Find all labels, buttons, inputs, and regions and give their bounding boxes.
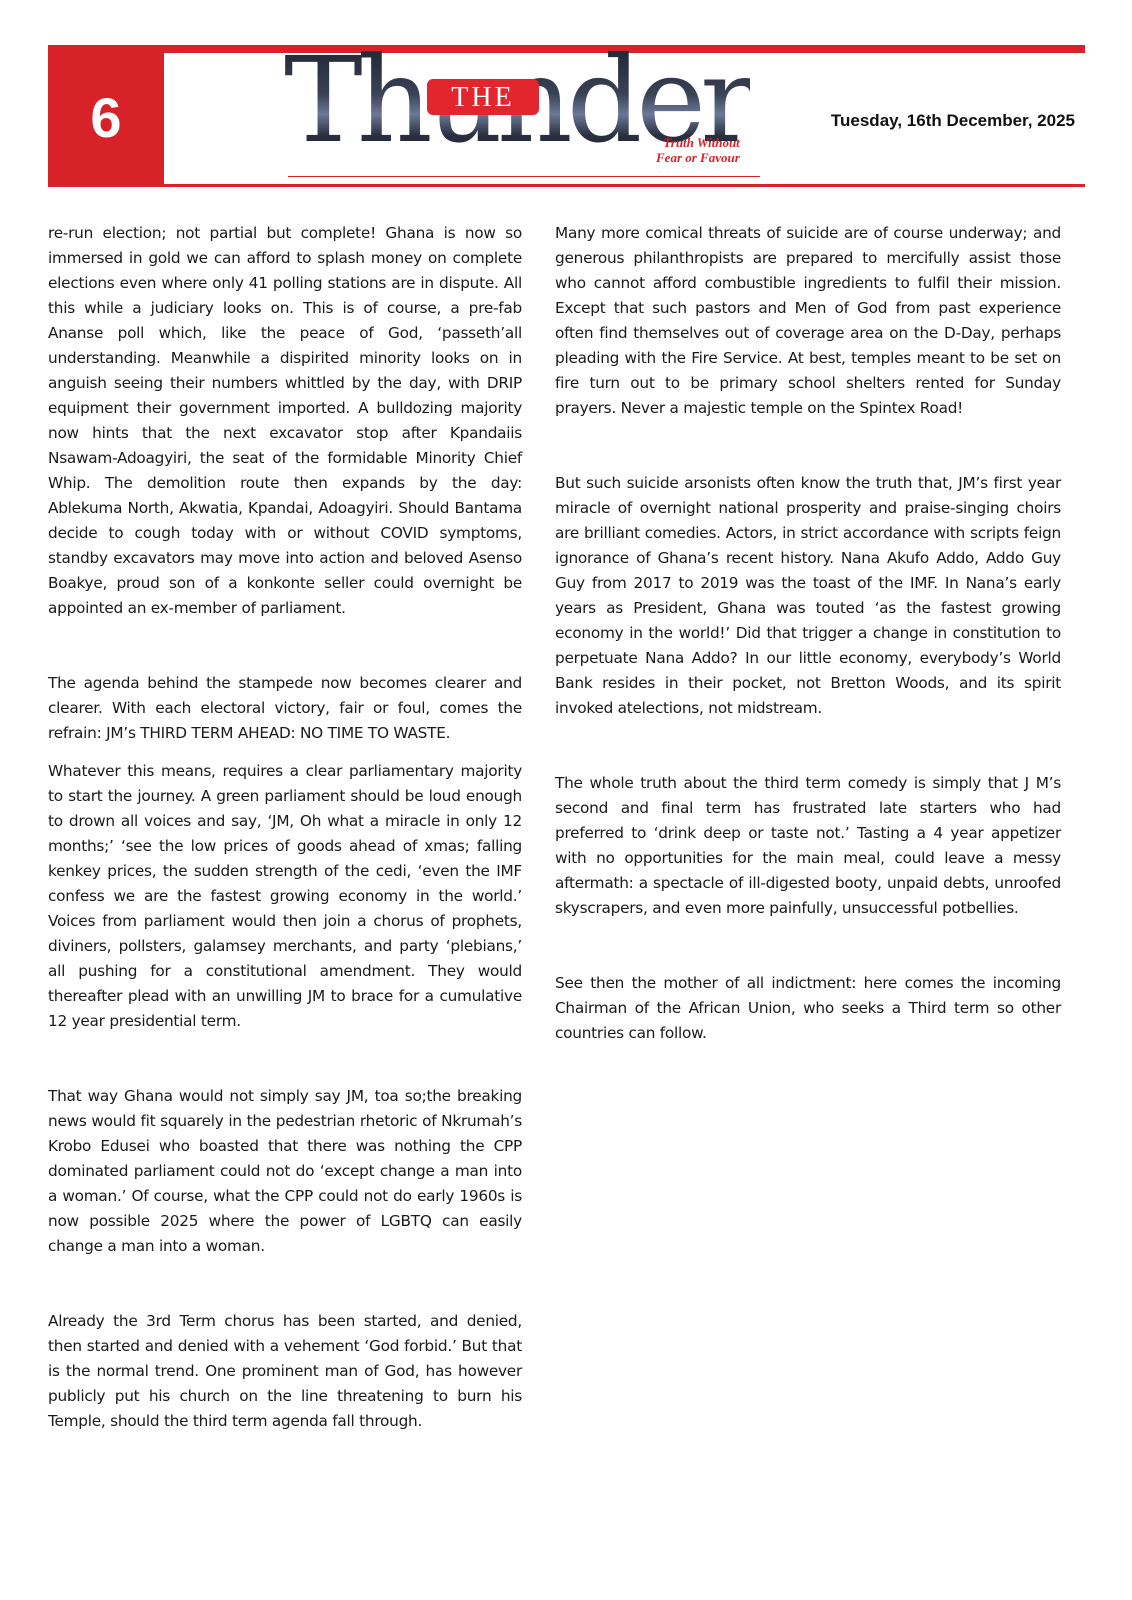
article-paragraph: Many more comical threats of suicide are…: [555, 221, 1061, 421]
logo-tagline: Truth Without Fear or Favour: [656, 135, 740, 165]
tagline-line-2: Fear or Favour: [656, 150, 740, 165]
article-paragraph: The whole truth about the third term com…: [555, 771, 1061, 921]
article-paragraph: Whatever this means, requires a clear pa…: [48, 759, 522, 1034]
article-column-right: Many more comical threats of suicide are…: [555, 221, 1061, 1046]
logo-underline: [288, 176, 760, 177]
article-paragraph: That way Ghana would not simply say JM, …: [48, 1084, 522, 1259]
tagline-line-1: Truth Without: [656, 135, 740, 150]
article-paragraph: The agenda behind the stampede now becom…: [48, 671, 522, 746]
masthead: 6 Thunder THE Truth Without Fear or Favo…: [48, 45, 1085, 189]
article-column-left: re-run election; not partial but complet…: [48, 221, 522, 1434]
masthead-bottom-rule: [48, 184, 1085, 187]
issue-date: Tuesday, 16th December, 2025: [831, 111, 1075, 131]
article-paragraph: See then the mother of all indictment: h…: [555, 971, 1061, 1046]
publication-logo: Thunder THE Truth Without Fear or Favour: [284, 59, 764, 181]
article-paragraph: Already the 3rd Term chorus has been sta…: [48, 1309, 522, 1434]
article-paragraph: re-run election; not partial but complet…: [48, 221, 522, 621]
page-number-box: 6: [48, 45, 164, 187]
page-number: 6: [90, 90, 121, 146]
article-paragraph: But such suicide arsonists often know th…: [555, 471, 1061, 721]
logo-the-badge: THE: [427, 79, 539, 115]
